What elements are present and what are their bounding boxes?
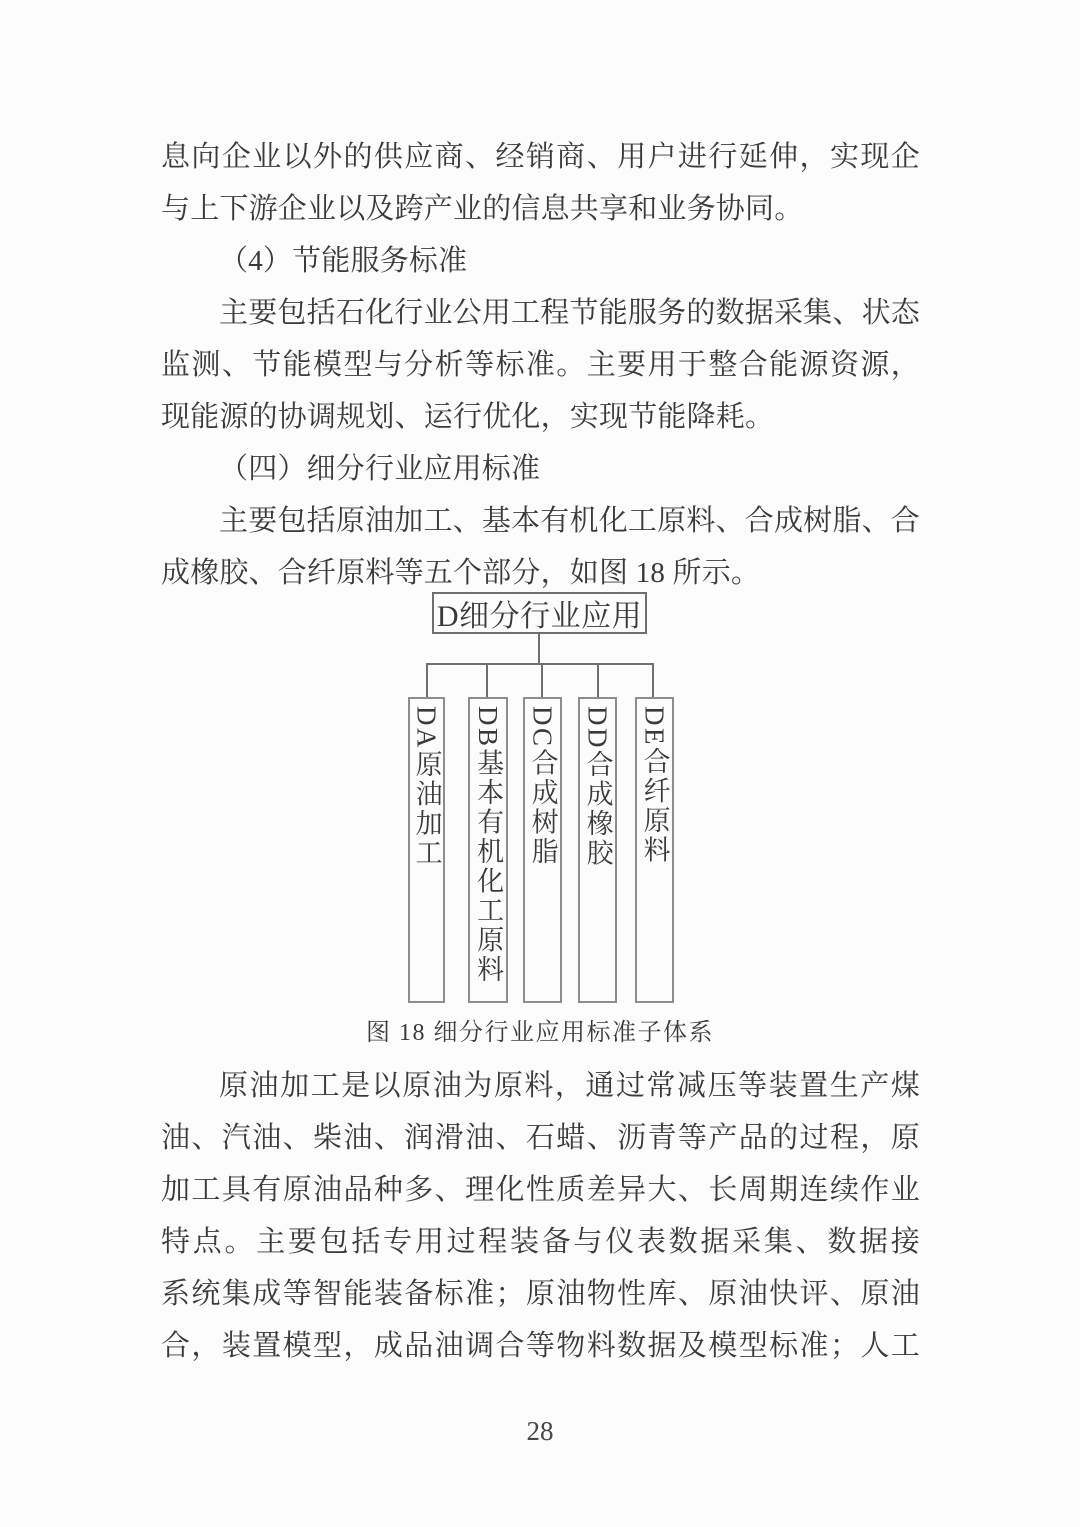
diagram-connector-vertical	[538, 633, 540, 664]
paragraph-line: 系统集成等智能装备标准；原油物性库、原油快评、原油调	[161, 1268, 920, 1320]
diagram-branch-basic-organic-chemicals: DB基本有机化工原料	[468, 697, 508, 1003]
paragraph-line: 原油加工是以原油为原料，通过常减压等装置生产煤	[161, 1060, 920, 1112]
diagram-branch-label: DE合纤原料	[640, 699, 668, 1001]
text-block-top: 息向企业以外的供应商、经销商、用户进行延伸，实现企业 与上下游企业以及跨产业的信…	[161, 131, 920, 599]
paragraph-line: 主要包括原油加工、基本有机化工原料、合成树脂、合	[161, 495, 920, 547]
heading-subindustry: （四）细分行业应用标准	[161, 443, 920, 495]
diagram-connector-stub	[426, 664, 428, 698]
diagram-branch-label: DD合成橡胶	[583, 699, 611, 1001]
text-block-bottom: 原油加工是以原油为原料，通过常减压等装置生产煤 油、汽油、柴油、润滑油、石蜡、沥…	[161, 1060, 920, 1372]
paragraph-line: 油、汽油、柴油、润滑油、石蜡、沥青等产品的过程，原油	[161, 1112, 920, 1164]
diagram-connector-horizontal	[426, 663, 654, 665]
paragraph-line: 监测、节能模型与分析等标准。主要用于整合能源资源，实	[161, 339, 920, 391]
diagram-root-label: D细分行业应用	[437, 591, 642, 635]
paragraph-line: 特点。主要包括专用过程装备与仪表数据采集、数据接口、	[161, 1216, 920, 1268]
heading-energy-service: （4）节能服务标准	[161, 235, 920, 287]
page-number: 28	[0, 1416, 1080, 1447]
paragraph-line: 合，装置模型，成品油调合等物料数据及模型标准；人工智	[161, 1320, 920, 1372]
diagram-branch-synthetic-fiber: DE合纤原料	[635, 697, 674, 1003]
diagram-branch-label: DC合成树脂	[528, 699, 556, 1001]
diagram-connector-stub	[541, 664, 543, 698]
paragraph-line: 息向企业以外的供应商、经销商、用户进行延伸，实现企业	[161, 131, 920, 183]
diagram-connector-stub	[597, 664, 599, 698]
diagram-connector-stub	[486, 664, 488, 698]
diagram-branch-label: DA原油加工	[412, 699, 440, 1001]
paragraph-line: 与上下游企业以及跨产业的信息共享和业务协同。	[161, 183, 920, 235]
paragraph-line: 现能源的协调规划、运行优化，实现节能降耗。	[161, 391, 920, 443]
document-page: 息向企业以外的供应商、经销商、用户进行延伸，实现企业 与上下游企业以及跨产业的信…	[0, 0, 1080, 1527]
diagram-connector-stub	[652, 664, 654, 698]
paragraph-line: 加工具有原油品种多、理化性质差异大、长周期连续作业等	[161, 1164, 920, 1216]
diagram-branch-synthetic-rubber: DD合成橡胶	[578, 697, 617, 1003]
diagram-root-node: D细分行业应用	[432, 592, 647, 634]
diagram-branch-label: DB基本有机化工原料	[474, 699, 502, 1001]
diagram-branch-synthetic-resin: DC合成树脂	[523, 697, 562, 1003]
paragraph-line: 主要包括石化行业公用工程节能服务的数据采集、状态	[161, 287, 920, 339]
figure-caption: 图 18 细分行业应用标准子体系	[0, 1012, 1080, 1047]
diagram-branch-crude-oil-processing: DA原油加工	[408, 697, 445, 1003]
